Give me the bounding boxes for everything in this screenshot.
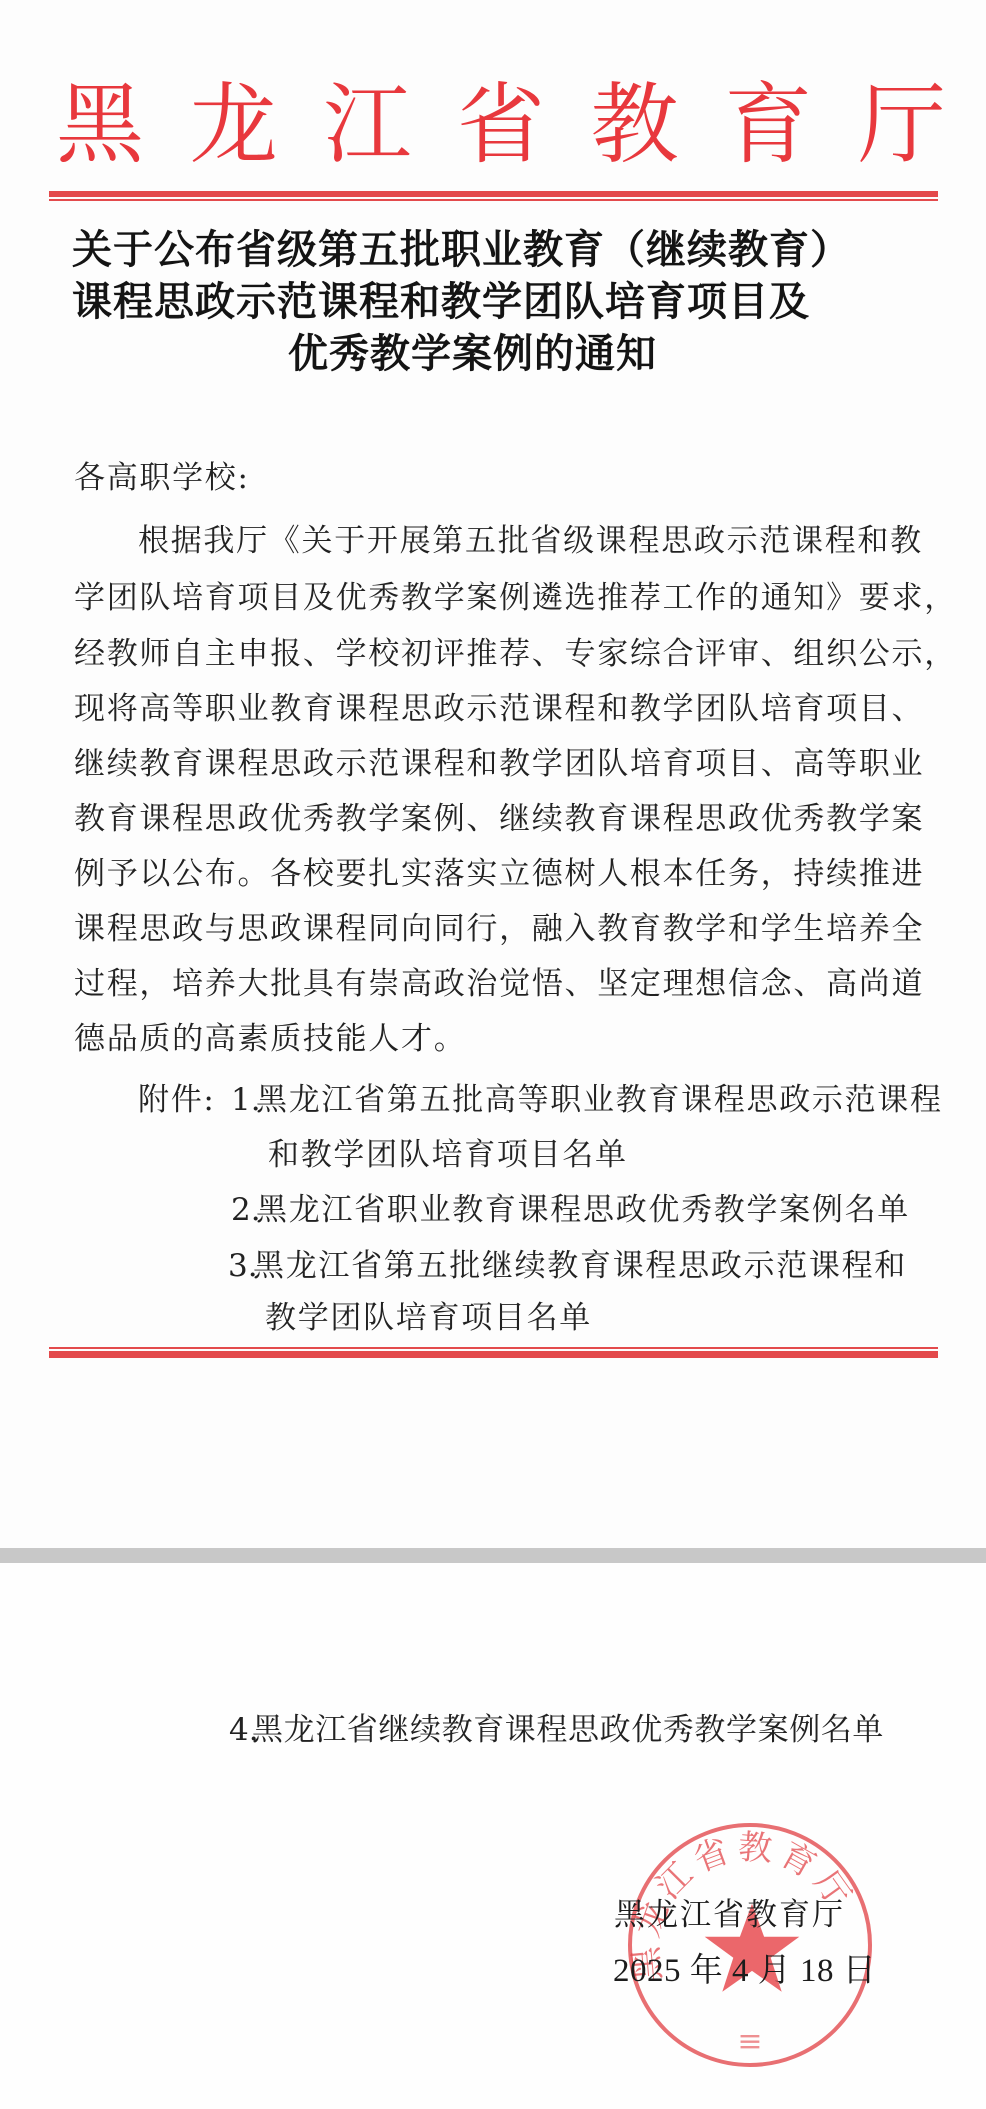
- masthead-char: 省: [457, 81, 545, 169]
- masthead-char: 厅: [858, 81, 946, 169]
- masthead-char: 龙: [190, 81, 278, 169]
- svg-text:≡: ≡: [737, 2024, 762, 2059]
- attachment-item-1: 黑龙江省第五批高等职业教育课程思政示范课程: [256, 1082, 943, 1118]
- body-line: 教育课程思政优秀教学案例、继续教育课程思政优秀教学案: [74, 801, 924, 837]
- body-line: 课程思政与思政课程同向同行，融入教育教学和学生培养全: [74, 911, 924, 947]
- body-line: 例予以公布。各校要扎实落实立德树人根本任务，持续推进: [74, 856, 924, 892]
- attachment-item-4: 黑龙江省继续教育课程思政优秀教学案例名单: [252, 1712, 884, 1748]
- attachment-item-3-cont: 教学团队培育项目名单: [265, 1300, 592, 1336]
- attachment-item-2: 黑龙江省职业教育课程思政优秀教学案例名单: [256, 1192, 910, 1228]
- notice-title-line-2: 课程思政示范课程和教学团队培育项目及: [72, 280, 810, 324]
- body-line: 学团队培育项目及优秀教学案例遴选推荐工作的通知》要求，: [74, 580, 957, 616]
- footer-rule-thin: [49, 1347, 938, 1349]
- notice-title-line-3: 优秀教学案例的通知: [288, 332, 657, 376]
- attachment-item-3: 黑龙江省第五批继续教育课程思政示范课程和: [253, 1248, 907, 1284]
- masthead-title: 黑 龙 江 省 教 育 厅: [56, 70, 946, 180]
- masthead-rule-thin: [49, 199, 938, 201]
- attachments-label: 附件:: [138, 1082, 216, 1118]
- masthead-char: 教: [591, 81, 679, 169]
- body-line: 经教师自主申报、学校初评推荐、专家综合评审、组织公示，: [74, 636, 957, 672]
- footer-rule-thick: [49, 1351, 938, 1358]
- body-line: 现将高等职业教育课程思政示范课程和教学团队培育项目、: [74, 691, 924, 727]
- notice-title-line-1: 关于公布省级第五批职业教育（继续教育）: [72, 228, 851, 272]
- body-line: 继续教育课程思政示范课程和教学团队培育项目、高等职业: [74, 746, 924, 782]
- attachment-item-1-cont: 和教学团队培育项目名单: [268, 1137, 628, 1173]
- page-separator: [0, 1548, 986, 1563]
- body-line: 根据我厅《关于开展第五批省级课程思政示范课程和教: [138, 523, 923, 559]
- body-line: 德品质的高素质技能人才。: [74, 1021, 466, 1057]
- masthead-char: 江: [323, 81, 411, 169]
- issuer-signature: 黑龙江省教育厅: [614, 1897, 845, 1933]
- masthead-char: 黑: [56, 81, 144, 169]
- masthead-rule-thick: [49, 191, 938, 197]
- salutation: 各高职学校:: [74, 460, 250, 496]
- masthead-char: 育: [724, 81, 812, 169]
- issue-date: 2025 年 4 月 18 日: [613, 1953, 876, 1989]
- body-line: 过程，培养大批具有崇高政治觉悟、坚定理想信念、高尚道: [74, 966, 924, 1002]
